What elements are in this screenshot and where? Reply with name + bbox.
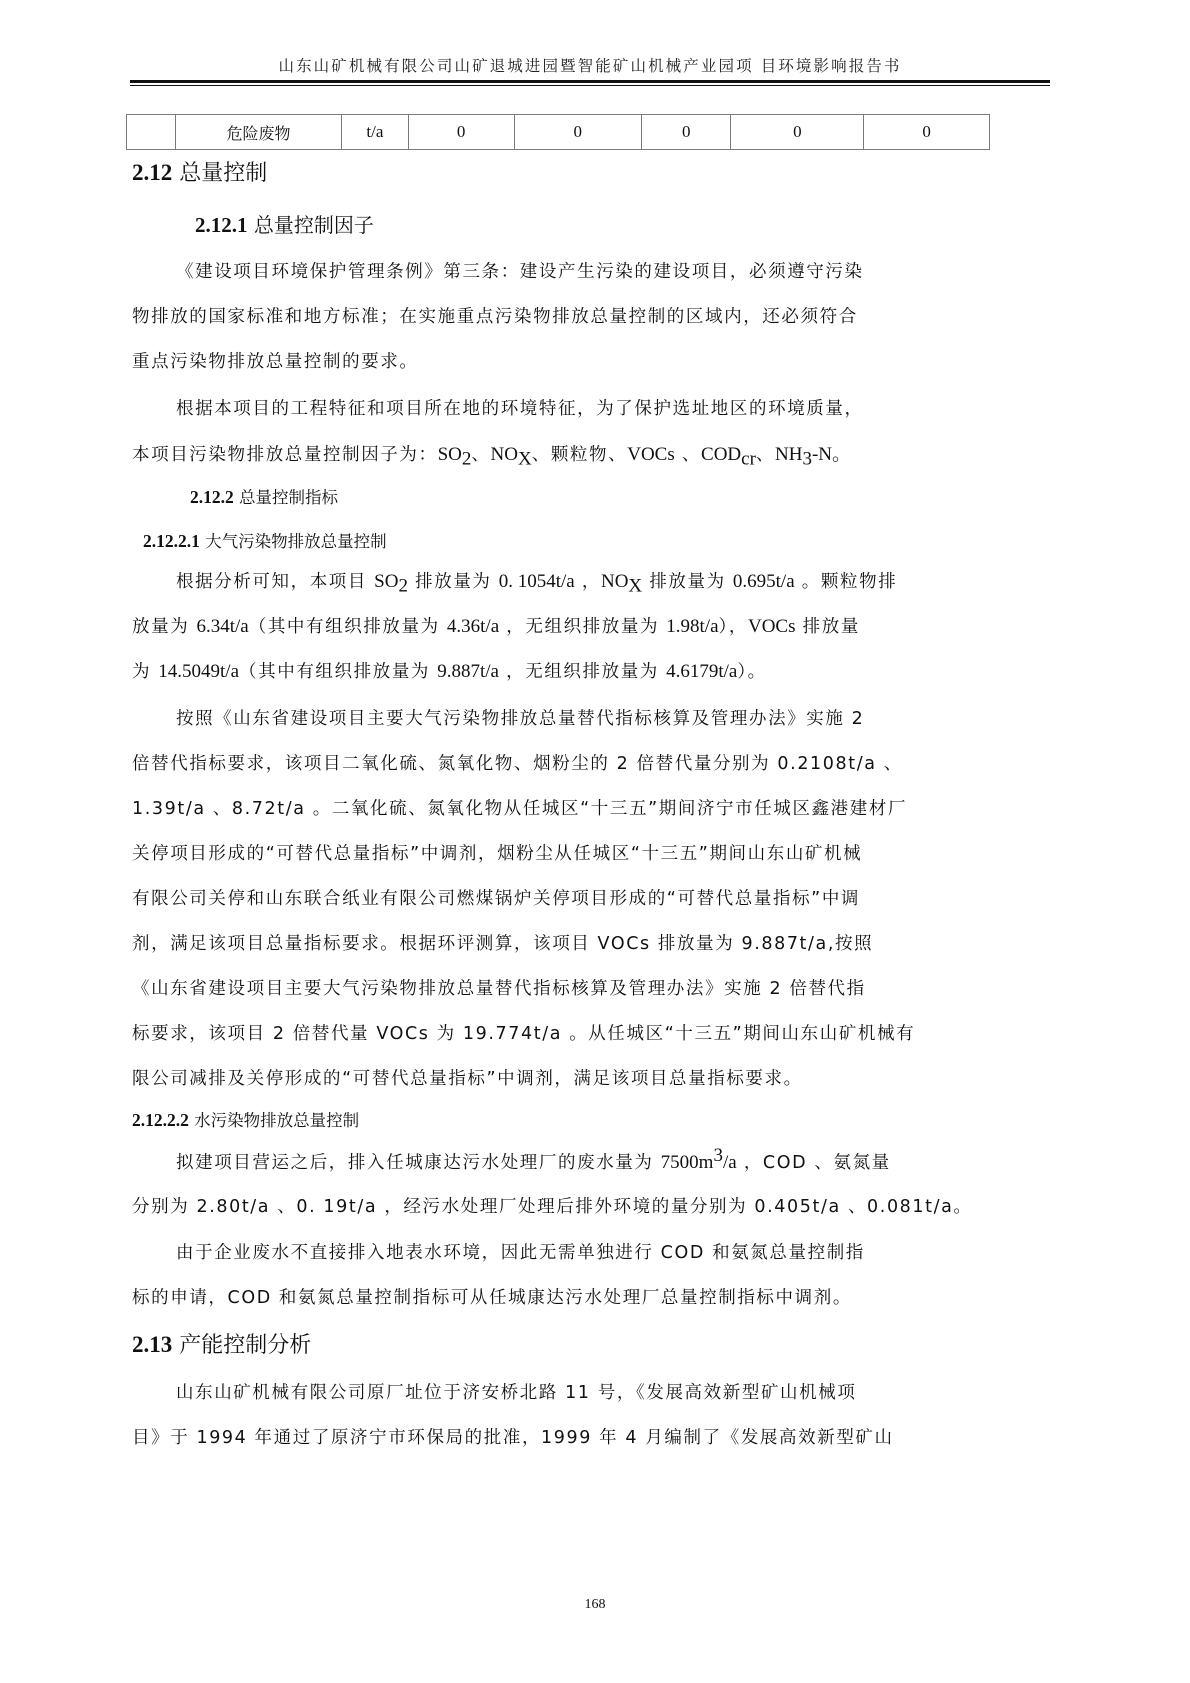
text-fragment: 排放量为 [642, 572, 733, 592]
vocs-organized-value: 9.887t/a [437, 661, 499, 682]
paragraph-air-emissions: 根据分析可知，本项目 SO2 排放量为 0. 1054t/a ，NOX 排放量为… [132, 559, 994, 694]
wastewater-volume: 7500m [661, 1152, 714, 1173]
factor-vocs: VOCs [627, 444, 675, 465]
text-fragment: 本项目污染物排放总量控制因子为： [132, 445, 438, 465]
table-cell-value: 0 [864, 115, 990, 150]
table-cell-value: 0 [641, 115, 730, 150]
text-fragment: 拟建项目营运之后，排入任城康达污水处理厂的废水量为 [176, 1153, 661, 1173]
section-heading-2-12-2-2: 2.12.2.2 水污染物排放总量控制 [132, 1107, 359, 1131]
header-rule-thin [130, 85, 1050, 86]
section-title: 总量控制 [179, 161, 267, 186]
section-number: 2.13 [132, 1332, 172, 1357]
text-line: 由于企业废水不直接排入地表水环境，因此无需单独进行 COD 和氨氮总量控制指 [132, 1231, 994, 1276]
paragraph-substitution: 按照《山东省建设项目主要大气污染物排放总量替代指标核算及管理办法》实施 2 倍替… [132, 697, 994, 1102]
section-heading-2-12-1: 2.12.1 总量控制因子 [195, 209, 374, 238]
text-fragment: 为 [132, 662, 158, 682]
text-fragment: （其中有组织排放量为 [239, 662, 437, 682]
text-fragment: 。颗粒物排 [795, 572, 898, 592]
table-cell-value: 0 [731, 115, 864, 150]
paragraph-water-emissions: 拟建项目营运之后，排入任城康达污水处理厂的废水量为 7500m3/a ，COD … [132, 1140, 994, 1230]
table-cell-value: 0 [408, 115, 514, 150]
text-line: 放量为 6.34t/a（其中有组织排放量为 4.36t/a ，无组织排放量为 1… [132, 604, 994, 649]
text-fragment: ，无组织排放量为 [499, 617, 666, 637]
section-number: 2.12 [132, 160, 172, 185]
text-fragment: 根据分析可知，本项目 [176, 572, 374, 592]
factor-nox: NO [491, 444, 518, 465]
text-line: 重点污染物排放总量控制的要求。 [132, 340, 994, 385]
section-number: 2.12.1 [195, 213, 248, 237]
text-fragment: NO [601, 571, 628, 592]
header-rule-thick [130, 80, 1050, 83]
so2-emission-value: 0. 1054t/a [499, 571, 575, 592]
pm-organized-value: 4.36t/a [447, 616, 499, 637]
text-line: 本项目污染物排放总量控制因子为：SO2、NOX、颗粒物、VOCs 、CODcr、… [132, 432, 994, 477]
text-line: 物排放的国家标准和地方标准；在实施重点污染物排放总量控制的区域内，还必须符合 [132, 295, 994, 340]
factor-cod: COD [701, 444, 741, 465]
section-heading-2-12-2: 2.12.2 总量控制指标 [190, 484, 338, 508]
subscript: X [628, 576, 642, 597]
text-line: 目》于 1994 年通过了原济宁市环保局的批准，1999 年 4 月编制了《发展… [132, 1416, 994, 1461]
text-line: 分别为 2.80t/a 、0. 19t/a ，经污水处理厂处理后排外环境的量分别… [132, 1185, 994, 1230]
table-cell-value: 0 [514, 115, 641, 150]
factor-so2: SO [438, 444, 462, 465]
text-fragment: （其中有组织排放量为 [249, 617, 447, 637]
text-line: 剂，满足该项目总量指标要求。根据环评测算，该项目 VOCs 排放量为 9.887… [132, 922, 994, 967]
table-cell-name: 危险废物 [175, 115, 341, 150]
section-title: 总量控制指标 [239, 488, 338, 507]
table-cell-blank [127, 115, 176, 150]
paragraph-wastewater-note: 由于企业废水不直接排入地表水环境，因此无需单独进行 COD 和氨氮总量控制指 标… [132, 1231, 994, 1321]
pm-total-value: 6.34t/a [196, 616, 248, 637]
text-fragment: ）。 [737, 662, 766, 682]
text-fragment: ，COD 、氨氮量 [737, 1153, 891, 1173]
text-fragment: 排放量 [795, 617, 859, 637]
section-number: 2.12.2.1 [143, 531, 200, 551]
text-line: 标的申请，COD 和氨氮总量控制指标可从任城康达污水处理厂总量控制指标中调剂。 [132, 1276, 994, 1321]
page-number: 168 [0, 1597, 1190, 1613]
text-fragment: 放量为 [132, 617, 196, 637]
subscript: 3 [802, 449, 812, 470]
text-line: 按照《山东省建设项目主要大气污染物排放总量替代指标核算及管理办法》实施 2 [132, 697, 994, 742]
text-line: 有限公司关停和山东联合纸业有限公司燃煤锅炉关停项目形成的“可替代总量指标”中调 [132, 877, 994, 922]
text-fragment: ）， [719, 617, 748, 637]
text-line: 《山东省建设项目主要大气污染物排放总量替代指标核算及管理办法》实施 2 倍替代指 [132, 967, 994, 1012]
subscript: X [518, 449, 532, 470]
superscript: 3 [713, 1145, 723, 1166]
text-fragment: -N。 [812, 444, 851, 465]
text-line: 关停项目形成的“可替代总量指标”中调剂，烟粉尘从任城区“十三五”期间山东山矿机械 [132, 832, 994, 877]
section-heading-2-13: 2.13 产能控制分析 [132, 1328, 311, 1359]
vocs-total-value: 14.5049t/a [158, 661, 239, 682]
text-fragment: ，无组织排放量为 [499, 662, 666, 682]
text-line: 为 14.5049t/a（其中有组织排放量为 9.887t/a ，无组织排放量为… [132, 649, 994, 694]
text-line: 根据分析可知，本项目 SO2 排放量为 0. 1054t/a ，NOX 排放量为… [132, 559, 994, 604]
subscript: cr [741, 449, 756, 470]
vocs-unorganized-value: 4.6179t/a [666, 661, 737, 682]
text-line: 拟建项目营运之后，排入任城康达污水处理厂的废水量为 7500m3/a ，COD … [132, 1140, 994, 1185]
text-fragment: VOCs [748, 616, 796, 637]
section-number: 2.12.2.2 [132, 1110, 189, 1130]
text-line: 标要求，该项目 2 倍替代量 VOCs 为 19.774t/a 。从任城区“十三… [132, 1012, 994, 1057]
nox-emission-value: 0.695t/a [733, 571, 795, 592]
header-title: 山东山矿机械有限公司山矿退城进园暨智能矿山机械产业园项 目环境影响报告书 [130, 54, 1050, 76]
table-row: 危险废物 t/a 0 0 0 0 0 [127, 115, 990, 150]
text-line: 《建设项目环境保护管理条例》第三条：建设产生污染的建设项目，必须遵守污染 [132, 250, 994, 295]
subscript: 2 [398, 576, 408, 597]
section-heading-2-12-2-1: 2.12.2.1 大气污染物排放总量控制 [143, 528, 387, 552]
hazardous-waste-table: 危险废物 t/a 0 0 0 0 0 [126, 114, 990, 150]
paragraph-regulation: 《建设项目环境保护管理条例》第三条：建设产生污染的建设项目，必须遵守污染 物排放… [132, 250, 994, 385]
paragraph-control-factors: 根据本项目的工程特征和项目所在地的环境特征，为了保护选址地区的环境质量， 本项目… [132, 387, 994, 477]
factor-pm: 颗粒物 [551, 445, 608, 465]
factor-nh3: NH [775, 444, 802, 465]
section-title: 水污染物排放总量控制 [194, 1111, 359, 1130]
pm-unorganized-value: 1.98t/a [666, 616, 718, 637]
text-line: 根据本项目的工程特征和项目所在地的环境特征，为了保护选址地区的环境质量， [132, 387, 994, 432]
paragraph-capacity: 山东山矿机械有限公司原厂址位于济安桥北路 11 号，《发展高效新型矿山机械项 目… [132, 1371, 994, 1461]
text-fragment: ， [575, 572, 601, 592]
text-line: 限公司减排及关停形成的“可替代总量指标”中调剂，满足该项目总量指标要求。 [132, 1057, 994, 1102]
text-line: 山东山矿机械有限公司原厂址位于济安桥北路 11 号，《发展高效新型矿山机械项 [132, 1371, 994, 1416]
subscript: 2 [462, 449, 472, 470]
section-number: 2.12.2 [190, 487, 234, 507]
section-heading-2-12: 2.12 总量控制 [132, 156, 267, 187]
section-title: 产能控制分析 [179, 1333, 311, 1358]
table-cell-unit: t/a [342, 115, 409, 150]
text-line: 1.39t/a 、8.72t/a 。二氧化硫、氮氧化物从任城区“十三五”期间济宁… [132, 787, 994, 832]
text-fragment: SO [374, 571, 398, 592]
text-fragment: /a [723, 1152, 737, 1173]
section-title: 总量控制因子 [254, 213, 374, 237]
text-line: 倍替代指标要求，该项目二氧化硫、氮氧化物、烟粉尘的 2 倍替代量分别为 0.21… [132, 742, 994, 787]
section-title: 大气污染物排放总量控制 [205, 532, 387, 551]
text-fragment: 排放量为 [408, 572, 499, 592]
